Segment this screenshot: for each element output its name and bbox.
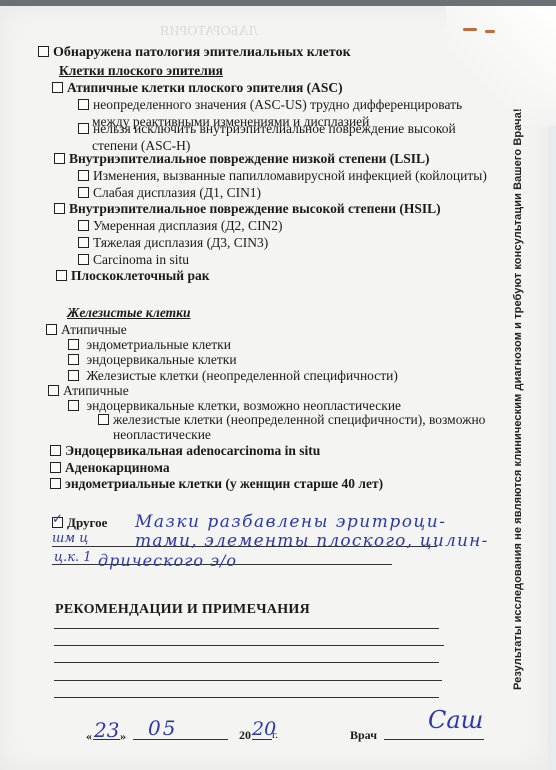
page-fold-highlight (446, 6, 556, 126)
endometrial-40-label: эндометриальные клетки (у женщин старше … (65, 476, 383, 491)
lsil-checkbox[interactable] (54, 153, 65, 164)
glandular-section-title: Железистые клетки (67, 305, 191, 321)
hpv-checkbox[interactable] (78, 170, 89, 181)
endometrial-40-checkbox[interactable] (50, 478, 61, 489)
endocervical-ais-item: Эндоцервикальная adenocarcinoma in situ (50, 443, 320, 459)
cis-checkbox[interactable] (78, 254, 89, 265)
asc-us-checkbox[interactable] (78, 99, 89, 110)
atypical-2-item: Атипичные (48, 383, 129, 399)
glandular-neoplastic-label: железистые клетки (неопределенной специф… (113, 412, 485, 427)
endometrial-40-item: эндометриальные клетки (у женщин старше … (50, 476, 383, 492)
endocervical-neoplastic-label: эндоцервикальные клетки, возможно неопла… (86, 398, 401, 413)
lsil-item-hpv: Изменения, вызванные папилломавирусной и… (78, 168, 487, 184)
glandular-checkbox[interactable] (68, 370, 79, 381)
date-year-prefix: 20 (239, 727, 251, 743)
recommendations-line-2[interactable] (54, 645, 444, 646)
adenocarcinoma-item: Аденокарцинома (50, 460, 170, 476)
hsil-checkbox[interactable] (54, 203, 65, 214)
asc-label: Атипичные клетки плоского эпителия (ASC) (67, 80, 343, 95)
other-handwritten-line1: Мазки разбавлены эритроци- (135, 512, 447, 532)
asc-checkbox[interactable] (52, 82, 63, 93)
year-suffix-label: г. (272, 727, 278, 743)
adenocarcinoma-label: Аденокарцинома (65, 460, 170, 475)
asc-h-label: нельзя исключить внутриэпителиальное пов… (93, 121, 456, 136)
atypical-1-item: Атипичные (46, 322, 127, 338)
ink-stain (463, 28, 477, 31)
other-checkbox[interactable]: ✓ (52, 517, 63, 528)
hpv-label: Изменения, вызванные папилломавирусной и… (93, 168, 487, 183)
hsil-item-cin3: Тяжелая дисплазия (Д3, CIN3) (78, 235, 268, 251)
date-close-quote: » (120, 728, 126, 744)
recommendations-line-3[interactable] (54, 662, 439, 663)
lsil-label: Внутриэпителиальное повреждение низкой с… (69, 151, 430, 166)
show-through-text: ЛАБОРАТОРИЯ (160, 24, 258, 40)
other-margin-note1: шм ц (52, 531, 88, 546)
lsil-item: Внутриэпителиальное повреждение низкой с… (54, 151, 430, 167)
atypical-2-label: Атипичные (63, 383, 129, 398)
recommendations-line-1[interactable] (54, 628, 439, 629)
asc-h-item: нельзя исключить внутриэпителиальное пов… (78, 121, 456, 137)
hsil-item-cin2: Умеренная дисплазия (Д2, CIN2) (78, 218, 283, 234)
hsil-item-cis: Carcinoma in situ (78, 252, 189, 268)
date-year-underline (252, 739, 272, 740)
other-handwritten-line3: дрического э/о (98, 551, 237, 570)
asc-us-label: неопределенного значения (ASC-US) трудно… (93, 97, 462, 112)
endometrial-checkbox[interactable] (68, 339, 79, 350)
doctor-label: Врач (350, 727, 377, 743)
other-margin-note2: ц.к. 1 (54, 550, 92, 565)
pathology-detected-checkbox[interactable] (38, 46, 49, 57)
date-day-underline (93, 739, 120, 740)
cin2-checkbox[interactable] (78, 220, 89, 231)
squamous-section-title: Клетки плоского эпителия (59, 63, 223, 79)
atypical-1-checkbox[interactable] (46, 324, 57, 335)
endocervical-ais-checkbox[interactable] (50, 445, 61, 456)
endocervical-checkbox[interactable] (68, 354, 79, 365)
atypical-2-checkbox[interactable] (48, 385, 59, 396)
lsil-item-cin1: Слабая дисплазия (Д1, CIN1) (78, 185, 261, 201)
adenocarcinoma-checkbox[interactable] (50, 462, 61, 473)
atypical-1-endocervical: эндоцервикальные клетки (68, 352, 237, 368)
doctor-signature: Саш (428, 706, 483, 734)
recommendations-line-4[interactable] (54, 680, 442, 681)
cin3-checkbox[interactable] (78, 237, 89, 248)
cin1-checkbox[interactable] (78, 187, 89, 198)
other-item: ✓Другое (52, 515, 107, 531)
other-label: Другое (67, 515, 107, 530)
cin1-label: Слабая дисплазия (Д1, CIN1) (93, 185, 261, 200)
pathology-detected-label: Обнаружена патология эпителиальных клето… (53, 45, 351, 60)
hsil-label: Внутриэпителиальное повреждение высокой … (69, 201, 441, 216)
cis-label: Carcinoma in situ (93, 252, 189, 267)
atypical-1-endometrial: эндометриальные клетки (68, 337, 231, 353)
ink-stain (485, 30, 495, 33)
endocervical-label: эндоцервикальные клетки (86, 352, 236, 367)
disclaimer-vertical-text: Результаты исследования не являются клин… (512, 108, 524, 690)
squamous-cancer-item: Плоскоклеточный рак (56, 268, 210, 284)
atypical-2-glandular: железистые клетки (неопределенной специф… (98, 412, 485, 428)
doctor-signature-line (384, 739, 484, 740)
squamous-cancer-checkbox[interactable] (56, 270, 67, 281)
squamous-cancer-label: Плоскоклеточный рак (71, 268, 210, 283)
other-handwritten-line2: тами, элементы плоского, цилин- (135, 531, 489, 551)
pathology-detected-item: Обнаружена патология эпителиальных клето… (38, 45, 351, 61)
date-month: 05 (148, 716, 177, 740)
date-open-quote: « (86, 728, 92, 744)
asc-h-checkbox[interactable] (78, 123, 89, 134)
cin3-label: Тяжелая дисплазия (Д3, CIN3) (93, 235, 268, 250)
asc-us-item: неопределенного значения (ASC-US) трудно… (78, 97, 462, 113)
endocervical-neoplastic-checkbox[interactable] (68, 400, 79, 411)
recommendations-heading: РЕКОМЕНДАЦИИ И ПРИМЕЧАНИЯ (55, 602, 310, 618)
glandular-neoplastic-checkbox[interactable] (98, 414, 109, 425)
hsil-item: Внутриэпителиальное повреждение высокой … (54, 201, 441, 217)
checkmark-icon: ✓ (52, 512, 63, 528)
endometrial-label: эндометриальные клетки (86, 337, 231, 352)
atypical-1-label: Атипичные (61, 322, 127, 337)
glandular-neoplastic-label-cont: неопластические (113, 427, 211, 443)
cin2-label: Умеренная дисплазия (Д2, CIN2) (93, 218, 283, 233)
endocervical-ais-label: Эндоцервикальная adenocarcinoma in situ (65, 443, 320, 458)
recommendations-line-5[interactable] (54, 697, 439, 698)
date-month-underline (133, 739, 228, 740)
asc-item: Атипичные клетки плоского эпителия (ASC) (52, 80, 343, 96)
glandular-label: Железистые клетки (неопределенной специф… (86, 368, 398, 383)
atypical-1-glandular: Железистые клетки (неопределенной специф… (68, 368, 398, 384)
